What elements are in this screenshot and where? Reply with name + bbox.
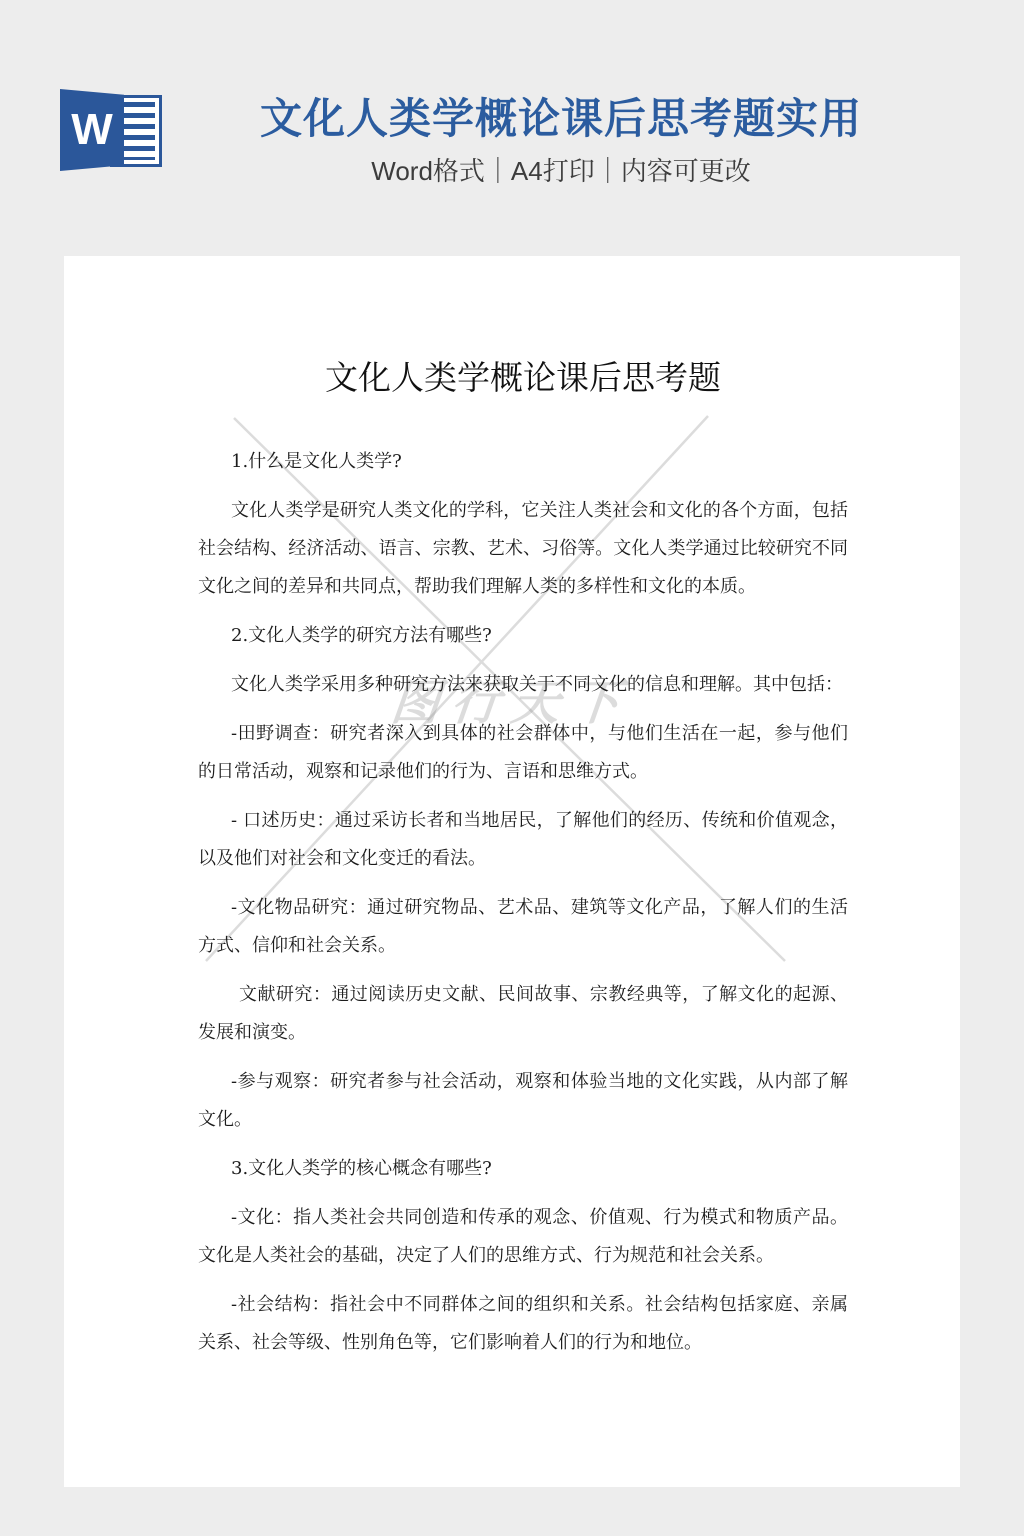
question-paragraph: 1.什么是文化人类学?: [198, 443, 848, 481]
body-paragraph: - 口述历史：通过采访长者和当地居民，了解他们的经历、传统和价值观念，以及他们对…: [198, 802, 848, 878]
template-subtitle: Word格式｜A4打印｜内容可更改: [98, 156, 1024, 186]
header: W 文化人类学概论课后思考题实用 Word格式｜A4打印｜内容可更改: [0, 0, 1024, 256]
document-body: 1.什么是文化人类学?文化人类学是研究人类文化的学科，它关注人类社会和文化的各个…: [198, 443, 848, 1362]
header-text: 文化人类学概论课后思考题实用 Word格式｜A4打印｜内容可更改: [0, 94, 1024, 186]
template-title: 文化人类学概论课后思考题实用: [98, 94, 1024, 144]
body-paragraph: 文化人类学采用多种研究方法来获取关于不同文化的信息和理解。其中包括：: [198, 666, 848, 704]
question-paragraph: 2.文化人类学的研究方法有哪些?: [198, 617, 848, 655]
template-preview-screen: W 文化人类学概论课后思考题实用 Word格式｜A4打印｜内容可更改 图行天下 …: [0, 0, 1024, 1536]
body-paragraph: -田野调查：研究者深入到具体的社会群体中，与他们生活在一起，参与他们的日常活动，…: [198, 715, 848, 791]
question-paragraph: 3.文化人类学的核心概念有哪些?: [198, 1150, 848, 1188]
body-paragraph: 文献研究：通过阅读历史文献、民间故事、宗教经典等，了解文化的起源、发展和演变。: [198, 976, 848, 1052]
document-title: 文化人类学概论课后思考题: [198, 355, 848, 401]
document-page: 图行天下 文化人类学概论课后思考题 1.什么是文化人类学?文化人类学是研究人类文…: [64, 256, 960, 1487]
body-paragraph: -参与观察：研究者参与社会活动，观察和体验当地的文化实践，从内部了解文化。: [198, 1063, 848, 1139]
body-paragraph: -文化物品研究：通过研究物品、艺术品、建筑等文化产品，了解人们的生活方式、信仰和…: [198, 889, 848, 965]
body-paragraph: 文化人类学是研究人类文化的学科，它关注人类社会和文化的各个方面，包括社会结构、经…: [198, 492, 848, 606]
body-paragraph: -社会结构：指社会中不同群体之间的组织和关系。社会结构包括家庭、亲属关系、社会等…: [198, 1286, 848, 1362]
body-paragraph: -文化：指人类社会共同创造和传承的观念、价值观、行为模式和物质产品。文化是人类社…: [198, 1199, 848, 1275]
document-content: 文化人类学概论课后思考题 1.什么是文化人类学?文化人类学是研究人类文化的学科，…: [64, 256, 960, 1362]
